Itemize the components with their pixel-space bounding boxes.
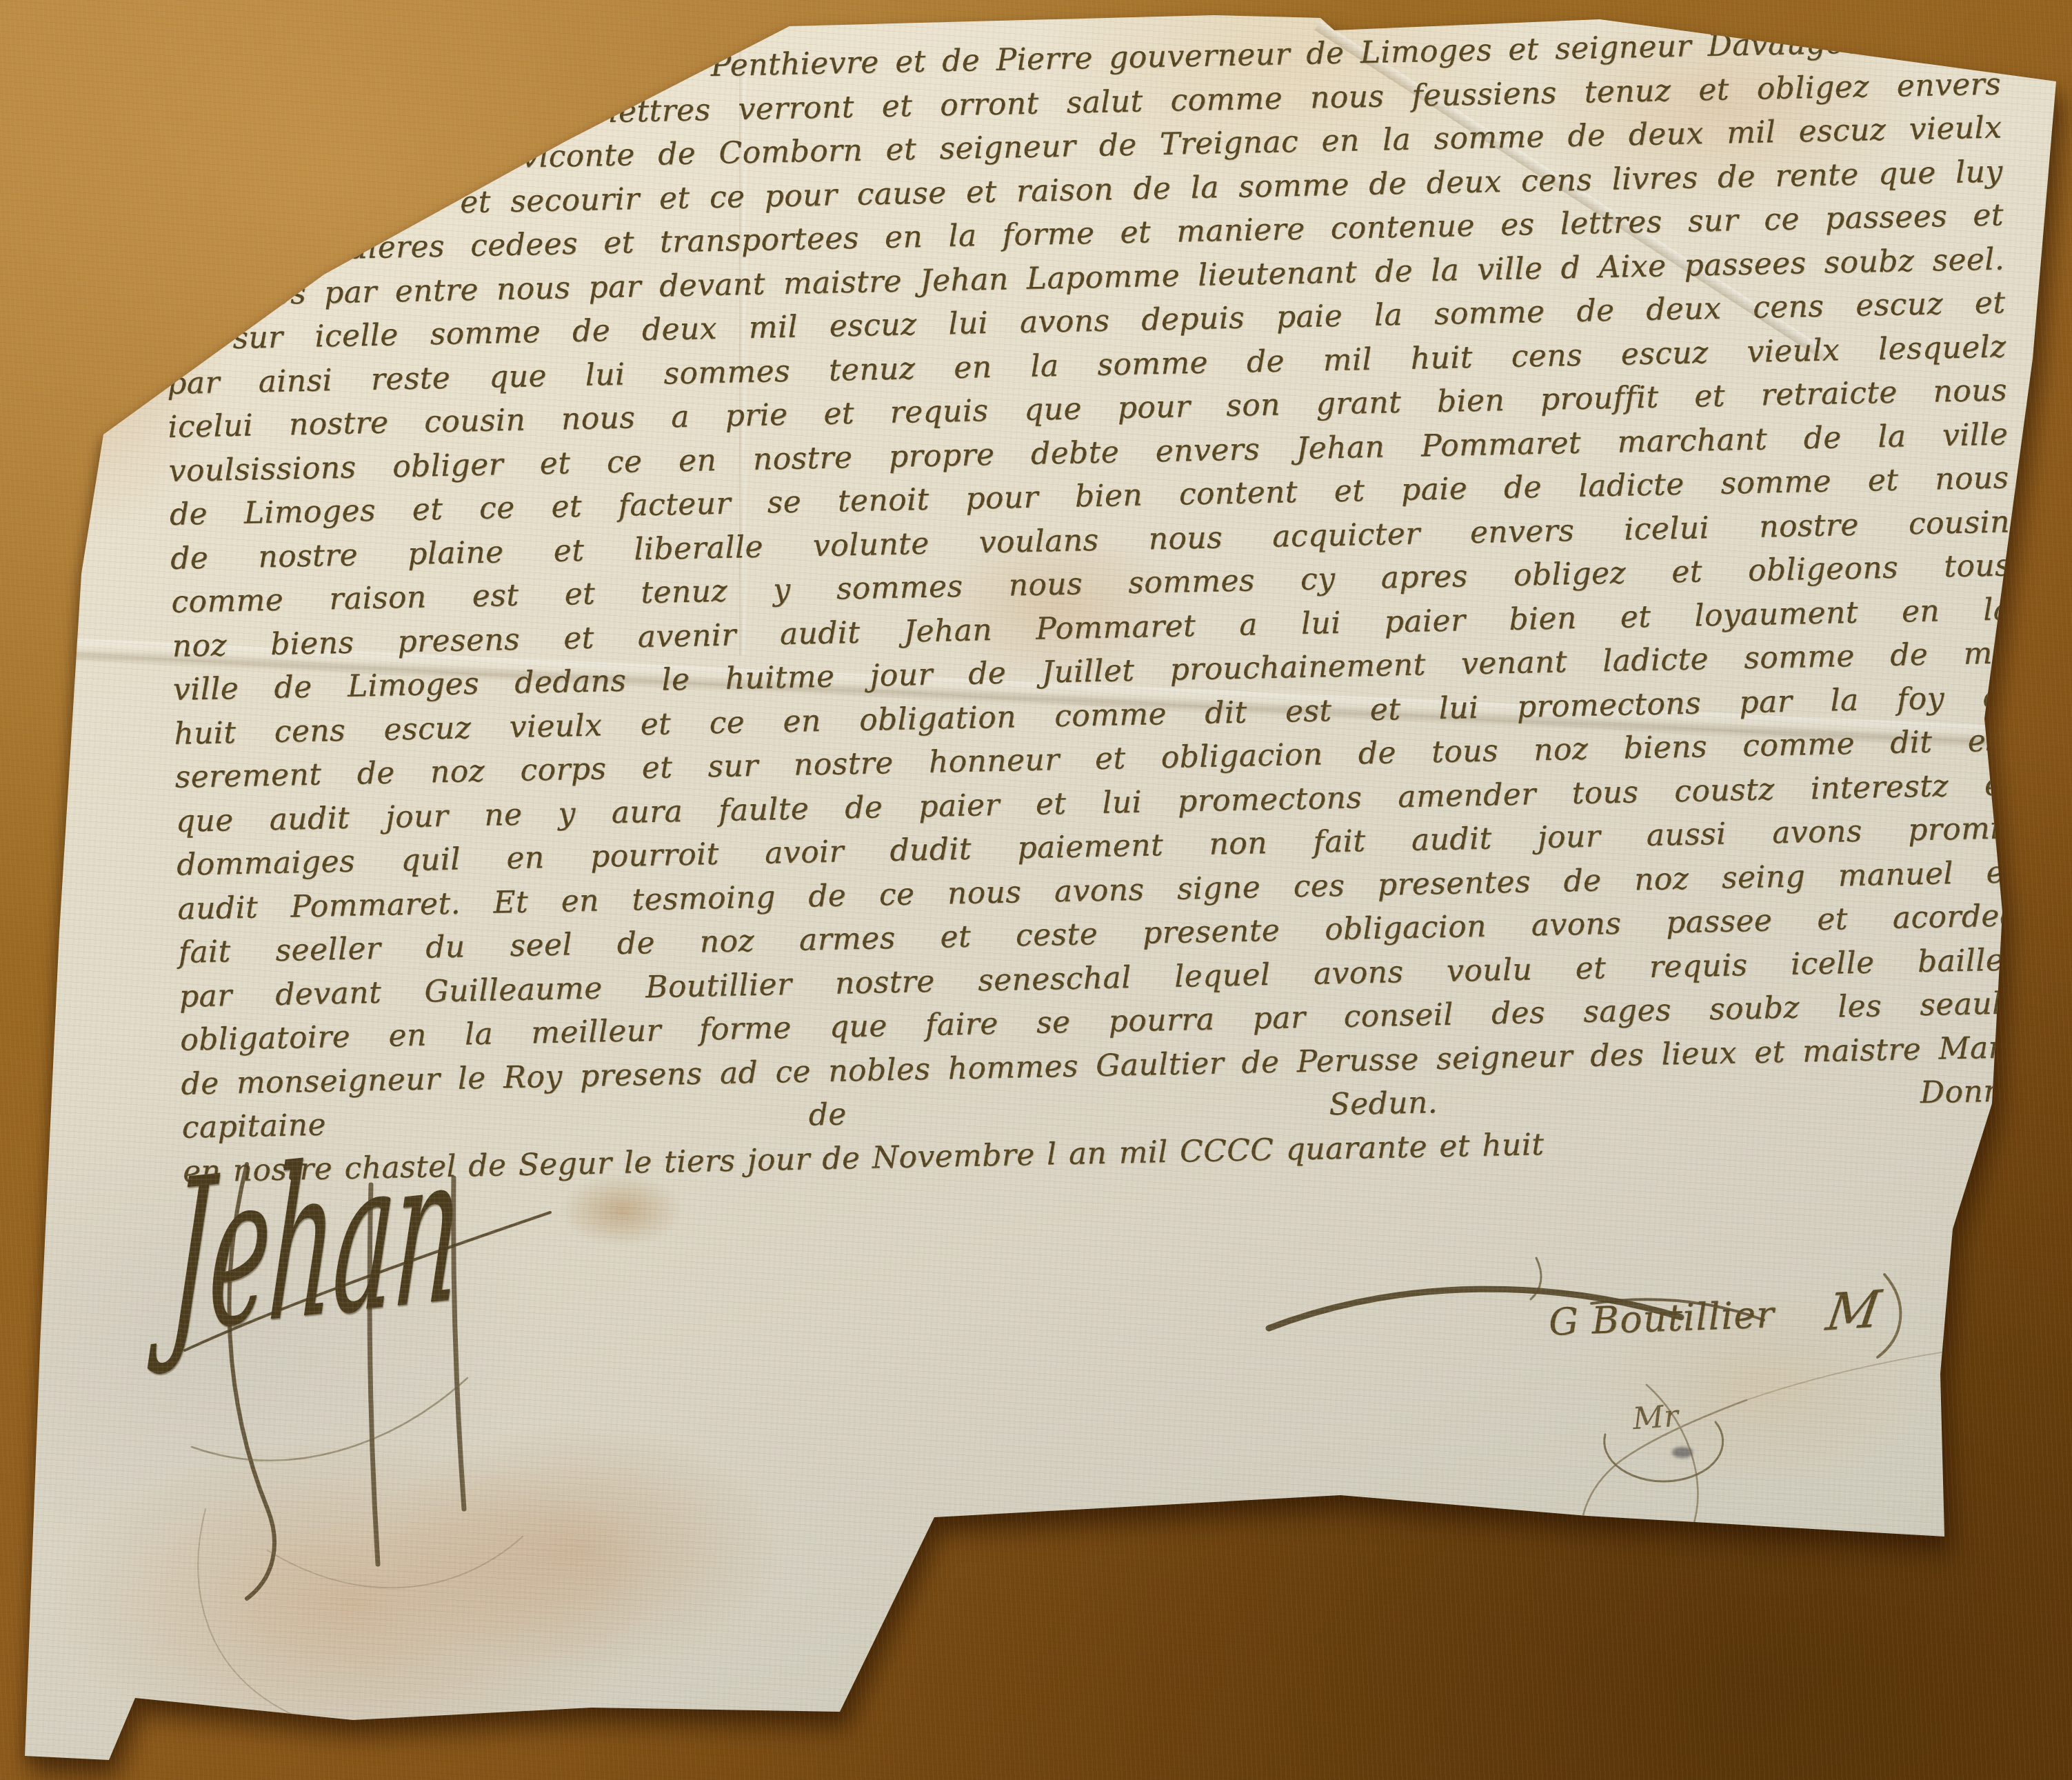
signature-jehan: Jehan [164, 1123, 605, 1743]
parchment-shadow: Jehan de Bretaigne conte de Penthievre e… [0, 0, 2072, 1780]
signature-jehan-flourish-icon [164, 1123, 605, 1743]
manuscript-text-block: Jehan de Bretaigne conte de Penthievre e… [160, 0, 2022, 1194]
signature-boutillier-paraph: Mr [1631, 1399, 1679, 1437]
signature-boutillier-monogram: M [1822, 1279, 1884, 1342]
parchment-document: Jehan de Bretaigne conte de Penthievre e… [0, 0, 2072, 1780]
signature-boutillier-name: G Boutillier [1548, 1292, 1776, 1343]
signature-boutillier: G Boutillier M Mr [1260, 1254, 2060, 1778]
photo-background: Jehan de Bretaigne conte de Penthievre e… [0, 0, 2072, 1780]
